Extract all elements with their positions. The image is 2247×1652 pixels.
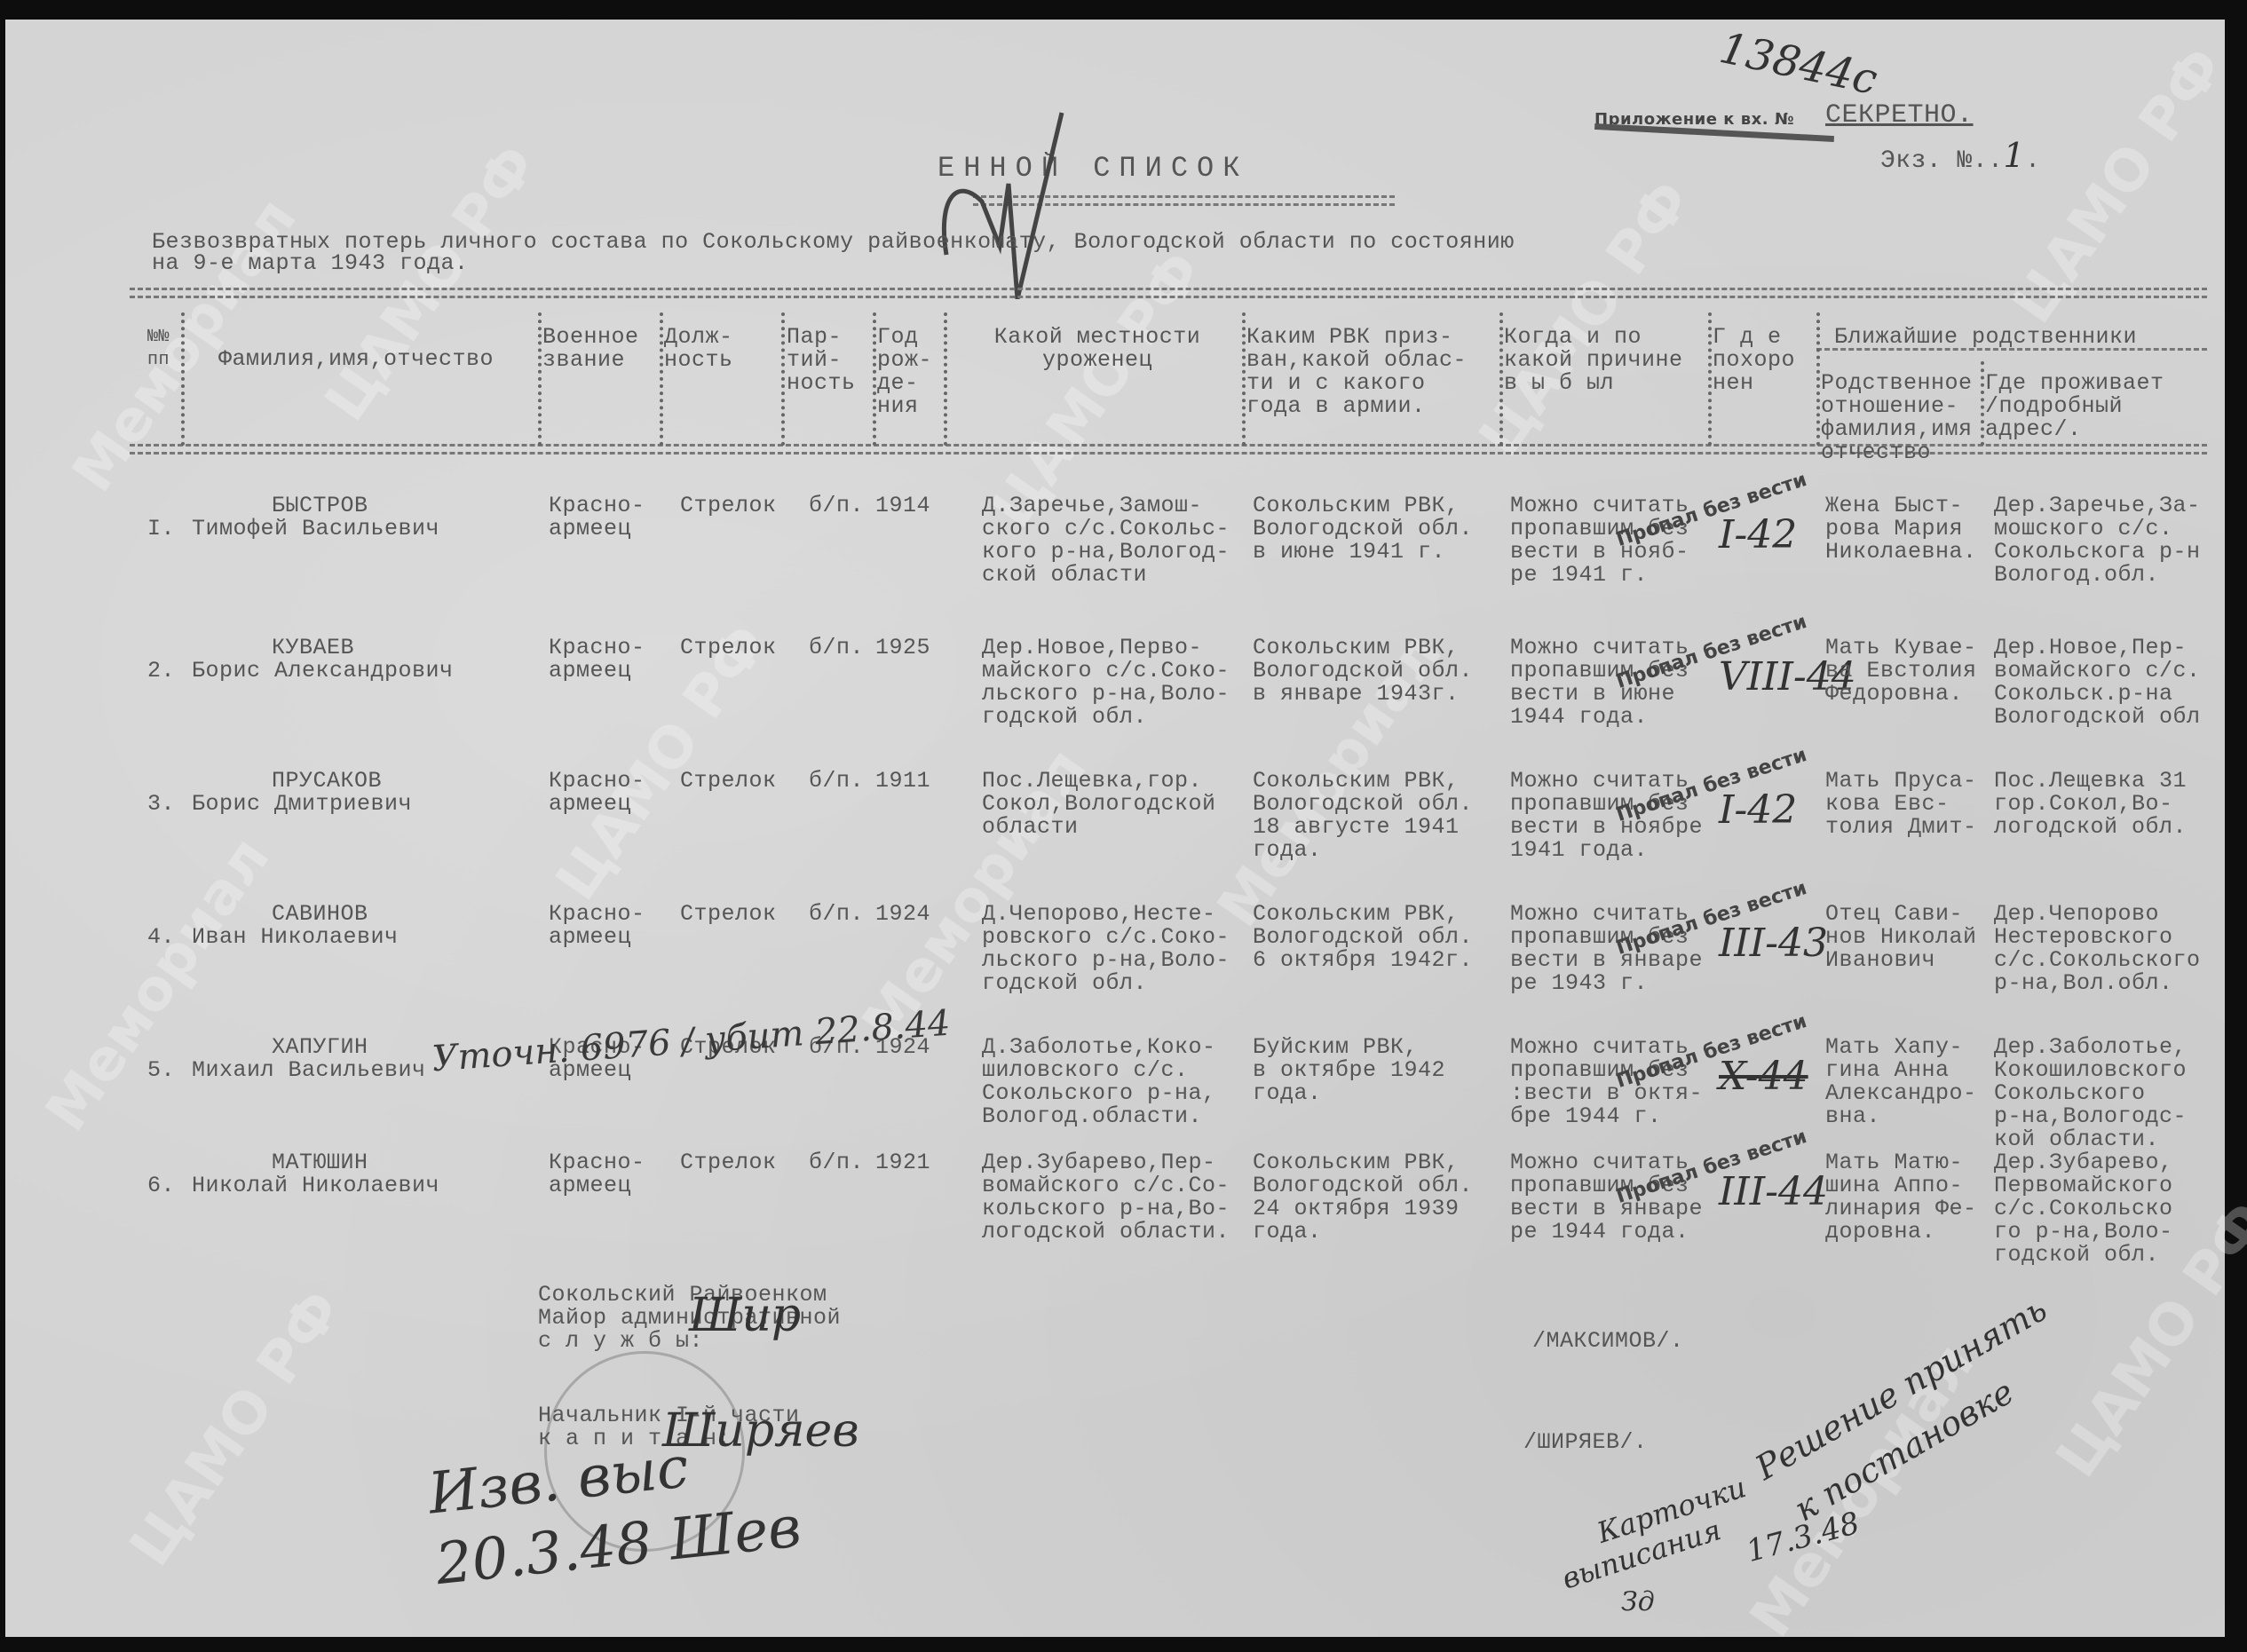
- surname: ХАПУГИН: [272, 1036, 368, 1059]
- reason-line: вести в январе: [1510, 949, 1703, 972]
- rank: Красно-армеец: [549, 903, 645, 949]
- relative-line: вна.: [1825, 1105, 1977, 1128]
- rank-line: армеец: [549, 518, 645, 541]
- header-birth-year: Годрож-де-ния: [877, 326, 932, 418]
- rank: Красно-армеец: [549, 1151, 645, 1198]
- address-line: Сокольского: [1994, 1082, 2187, 1105]
- header-line: де-: [877, 372, 932, 395]
- given-names: Борис Александрович: [192, 660, 454, 683]
- relative-line: доровна.: [1825, 1221, 1977, 1244]
- handwritten-cross-mark-icon: [929, 95, 1097, 299]
- address: Дер.Заболотье,КокошиловскогоСокольскогор…: [1994, 1036, 2187, 1151]
- address-line: Первомайского: [1994, 1174, 2173, 1198]
- header-address: Где проживает/подробныйадрес/.: [1985, 372, 2164, 441]
- birthplace-line: шиловского с/с.: [982, 1059, 1216, 1082]
- relative-line: ва Евстолия: [1825, 660, 1977, 683]
- header-line: фамилия,имя: [1821, 418, 1973, 441]
- given-names: Николай Николаевич: [192, 1174, 439, 1198]
- header-relation: Родственноеотношение-фамилия,имяотчество: [1821, 372, 1973, 464]
- header-line: Когда и по: [1504, 326, 1683, 349]
- header-line: адрес/.: [1985, 418, 2164, 441]
- relative: Мать Пруса-кова Евс-толия Дмит-: [1825, 770, 1977, 839]
- relative-line: линария Фе-: [1825, 1198, 1977, 1221]
- copy-number-label: Экз. №..1.: [1880, 144, 2040, 173]
- birth-year: 1911: [875, 770, 930, 793]
- header-line: отношение-: [1821, 395, 1973, 418]
- address-line: Сокольскога р-н: [1994, 541, 2201, 564]
- party: б/п.: [809, 636, 864, 660]
- reason: Можно считатьпропавшим безвести в ноябре…: [1510, 770, 1703, 862]
- birth-year: 1921: [875, 1151, 930, 1174]
- document-page: Мемориал ЦАМО РФ ЦАМО РФ Мемориал ЦАМО Р…: [5, 20, 2225, 1637]
- watermark-tsamo: ЦАМО РФ: [117, 1278, 354, 1577]
- drafted-line: Буйским РВК,: [1253, 1036, 1445, 1059]
- birthplace: Дер.Новое,Перво-майского с/с.Соко-льског…: [982, 636, 1230, 729]
- column-separator: [1499, 312, 1503, 446]
- header-line: Военное: [542, 326, 639, 349]
- surname: КУВАЕВ: [272, 636, 354, 660]
- relative-line: кова Евс-: [1825, 793, 1977, 816]
- header-line: ван,какой облас-: [1246, 349, 1467, 372]
- column-separator: [1708, 312, 1712, 446]
- rank-line: армеец: [549, 926, 645, 949]
- copy-label: Экз. №: [1880, 147, 1973, 175]
- drafted: Сокольским РВК,Вологодской обл.24 октябр…: [1253, 1151, 1473, 1244]
- commissar-signature: Шир: [689, 1289, 801, 1342]
- address-line: Дер.Чепорово: [1994, 903, 2201, 926]
- drafted-line: Сокольским РВК,: [1253, 1151, 1473, 1174]
- column-separator: [181, 312, 185, 446]
- party: б/п.: [809, 494, 864, 518]
- header-party: Пар-тий-ность: [787, 326, 856, 395]
- position: Стрелок: [680, 494, 777, 518]
- column-separator: [873, 312, 876, 446]
- drafted-line: года.: [1253, 1221, 1473, 1244]
- position: Стрелок: [680, 770, 777, 793]
- drafted: Сокольским РВК,Вологодской обл.18 август…: [1253, 770, 1473, 862]
- position: Стрелок: [680, 636, 777, 660]
- handwritten-correction-note: Уточн. 6976 / убит 22.8.44: [431, 1003, 952, 1080]
- reason-line: вести в ноябре: [1510, 816, 1703, 839]
- address-line: Дер.Заболотье,: [1994, 1036, 2187, 1059]
- header-when-why: Когда и покакой причинев ы б ыл: [1504, 326, 1683, 395]
- header-relatives: Ближайшие родственники: [1834, 326, 2137, 349]
- relative-line: Жена Быст-: [1825, 494, 1977, 518]
- party: б/п.: [809, 1151, 864, 1174]
- row-number: 2.: [147, 660, 175, 683]
- given-names: Борис Дмитриевич: [192, 793, 412, 816]
- header-line: Родственное: [1821, 372, 1973, 395]
- drafted: Сокольским РВК,Вологодской обл.6 октября…: [1253, 903, 1473, 972]
- birth-year: 1914: [875, 494, 930, 518]
- handwritten-notification-note: Изв. выс20.3.48 Шев: [425, 1421, 804, 1601]
- birthplace-line: Вологод.области.: [982, 1105, 1216, 1128]
- address: Дер.Заречье,За-мошского с/с.Сокольскога …: [1994, 494, 2201, 587]
- address-line: р-на,Вол.обл.: [1994, 972, 2201, 995]
- rank-line: армеец: [549, 1174, 645, 1198]
- given-names: Иван Николаевич: [192, 926, 399, 949]
- header-line: года в армии.: [1246, 395, 1467, 418]
- relative-line: шина Аппо-: [1825, 1174, 1977, 1198]
- birthplace-line: майского с/с.Соко-: [982, 660, 1230, 683]
- drafted-line: Вологодской обл.: [1253, 926, 1473, 949]
- relative-line: нов Николай: [1825, 926, 1977, 949]
- header-line: ность: [787, 372, 856, 395]
- address-line: логодской обл.: [1994, 816, 2187, 839]
- drafted-line: в январе 1943г.: [1253, 683, 1473, 706]
- handwritten-date: III-43: [1719, 921, 1828, 966]
- header-line: нен: [1713, 372, 1795, 395]
- row-number: 5.: [147, 1059, 175, 1082]
- header-line: Каким РВК приз-: [1246, 326, 1467, 349]
- archive-number-handwritten: 13844с: [1715, 23, 1881, 105]
- header-line: отчество: [1821, 441, 1973, 464]
- given-names: Михаил Васильевич: [192, 1059, 426, 1082]
- drafted-line: Сокольским РВК,: [1253, 636, 1473, 660]
- rank-line: армеец: [549, 793, 645, 816]
- address-line: р-на,Вологодс-: [1994, 1105, 2187, 1128]
- birthplace-line: Д.Заболотье,Коко-: [982, 1036, 1216, 1059]
- birthplace-line: ровского с/с.Соко-: [982, 926, 1230, 949]
- chief-name: /ШИРЯЕВ/.: [1523, 1431, 1648, 1454]
- row-number: I.: [147, 518, 175, 541]
- address-line: Кокошиловского: [1994, 1059, 2187, 1082]
- reason-line: вести в нояб-: [1510, 541, 1689, 564]
- birthplace-line: Сокольского р-на,: [982, 1082, 1216, 1105]
- drafted-line: 6 октября 1942г.: [1253, 949, 1473, 972]
- header-rank: Военноезвание: [542, 326, 639, 372]
- relative: Мать Кувае-ва ЕвстолияФедоровна.: [1825, 636, 1977, 706]
- header-line: ти и с какого: [1246, 372, 1467, 395]
- handwritten-date: I-42: [1719, 787, 1797, 833]
- birth-year: 1924: [875, 903, 930, 926]
- relative-line: толия Дмит-: [1825, 816, 1977, 839]
- reason: Можно считатьпропавшим безвести в нояб-р…: [1510, 494, 1689, 587]
- relative-line: Мать Матю-: [1825, 1151, 1977, 1174]
- surname: ПРУСАКОВ: [272, 770, 382, 793]
- reason-line: 1941 года.: [1510, 839, 1703, 862]
- birthplace: Д.Заречье,Замош-ского с/с.Сокольс-кого р…: [982, 494, 1230, 587]
- reason-line: вести в январе: [1510, 1198, 1703, 1221]
- relative: Отец Сави-нов НиколайИванович: [1825, 903, 1977, 972]
- birthplace-line: Дер.Новое,Перво-: [982, 636, 1230, 660]
- drafted-line: в октябре 1942: [1253, 1059, 1445, 1082]
- drafted-line: Вологодской обл.: [1253, 660, 1473, 683]
- party: б/п.: [809, 770, 864, 793]
- address: Дер.Зубарево,Первомайскогос/с.Сокольског…: [1994, 1151, 2173, 1267]
- row-number: 4.: [147, 926, 175, 949]
- reason-line: вести в июне: [1510, 683, 1689, 706]
- rank-line: Красно-: [549, 636, 645, 660]
- reason-line: ре 1944 года.: [1510, 1221, 1703, 1244]
- relative-line: гина Анна: [1825, 1059, 1977, 1082]
- address-line: с/с.Сокольского: [1994, 949, 2201, 972]
- drafted-line: Сокольским РВК,: [1253, 494, 1473, 518]
- birthplace-line: годской обл.: [982, 972, 1230, 995]
- header-line: какой причине: [1504, 349, 1683, 372]
- birthplace-line: Пос.Лещевка,гор.: [982, 770, 1216, 793]
- birthplace-line: ской области: [982, 564, 1230, 587]
- reason-line: :вести в октя-: [1510, 1082, 1703, 1105]
- relative-line: рова Мария: [1825, 518, 1977, 541]
- position: Стрелок: [680, 1151, 777, 1174]
- birthplace-line: льского р-на,Воло-: [982, 683, 1230, 706]
- rank-line: армеец: [549, 660, 645, 683]
- surname: САВИНОВ: [272, 903, 368, 926]
- table-top-rule: [130, 288, 2207, 298]
- reason: Можно считатьпропавшим безвести в январе…: [1510, 903, 1703, 995]
- address-line: Дер.Заречье,За-: [1994, 494, 2201, 518]
- birth-year: 1925: [875, 636, 930, 660]
- birthplace-line: Сокол,Вологодской: [982, 793, 1216, 816]
- birthplace-line: области: [982, 816, 1216, 839]
- surname: БЫСТРОВ: [272, 494, 368, 518]
- birthplace: Д.Чепорово,Несте-ровского с/с.Соко-льско…: [982, 903, 1230, 995]
- header-buried: Г д епохоронен: [1713, 326, 1795, 395]
- drafted-line: в июне 1941 г.: [1253, 541, 1473, 564]
- address-line: Пос.Лещевка 31: [1994, 770, 2187, 793]
- reason-line: 1944 года.: [1510, 706, 1689, 729]
- drafted-line: 18 августе 1941: [1253, 816, 1473, 839]
- birthplace-line: годской обл.: [982, 706, 1230, 729]
- relative-line: Мать Пруса-: [1825, 770, 1977, 793]
- birthplace-line: логодской области.: [982, 1221, 1230, 1244]
- birthplace-line: льского р-на,Воло-: [982, 949, 1230, 972]
- drafted: Сокольским РВК,Вологодской обл.в июне 19…: [1253, 494, 1473, 564]
- header-line: похоро: [1713, 349, 1795, 372]
- reason-line: бре 1944 г.: [1510, 1105, 1703, 1128]
- address-line: мошского с/с.: [1994, 518, 2201, 541]
- header-line: Долж-: [664, 326, 733, 349]
- rank: Красно-армеец: [549, 636, 645, 683]
- watermark-tsamo: ЦАМО РФ: [313, 133, 550, 432]
- reason: Можно считатьпропавшим безвести в январе…: [1510, 1151, 1703, 1244]
- birthplace-line: кольского р-на,Во-: [982, 1198, 1230, 1221]
- address-line: Нестеровского: [1994, 926, 2201, 949]
- address-line: гор.Сокол,Во-: [1994, 793, 2187, 816]
- reason: Можно считатьпропавшим безвести в июне19…: [1510, 636, 1689, 729]
- header-position: Долж-ность: [664, 326, 733, 372]
- address-line: Вологодской обл: [1994, 706, 2201, 729]
- birthplace-line: кого р-на,Вологод-: [982, 541, 1230, 564]
- header-line: Г д е: [1713, 326, 1795, 349]
- header-line: в ы б ыл: [1504, 372, 1683, 395]
- rank-line: Красно-: [549, 1151, 645, 1174]
- drafted-line: года.: [1253, 1082, 1445, 1105]
- birthplace: Пос.Лещевка,гор.Сокол,Вологодскойобласти: [982, 770, 1216, 839]
- address-line: Дер.Зубарево,: [1994, 1151, 2173, 1174]
- header-line: тий-: [787, 349, 856, 372]
- party: б/п.: [809, 903, 864, 926]
- header-drafted: Каким РВК приз-ван,какой облас-ти и с ка…: [1246, 326, 1467, 418]
- header-line: /подробный: [1985, 395, 2164, 418]
- birthplace-line: Д.Чепорово,Несте-: [982, 903, 1230, 926]
- rank-line: Красно-: [549, 770, 645, 793]
- header-line: Год: [877, 326, 932, 349]
- header-line: Пар-: [787, 326, 856, 349]
- rank: Красно-армеец: [549, 494, 645, 541]
- address-line: кой области.: [1994, 1128, 2187, 1151]
- relative-line: Мать Кувае-: [1825, 636, 1977, 660]
- drafted: Буйским РВК,в октябре 1942года.: [1253, 1036, 1445, 1105]
- relative-line: Николаевна.: [1825, 541, 1977, 564]
- header-line: ния: [877, 395, 932, 418]
- birthplace-line: ского с/с.Сокольс-: [982, 518, 1230, 541]
- column-separator: [781, 312, 785, 446]
- drafted-line: 24 октября 1939: [1253, 1198, 1473, 1221]
- header-num-line: №№: [147, 326, 170, 349]
- handwritten-date: III-44: [1719, 1169, 1828, 1214]
- subtitle-line-2: на 9-е марта 1943 года.: [152, 252, 469, 275]
- copy-number-handwritten: 1: [2003, 136, 2025, 175]
- watermark-memorial: Мемориал: [34, 826, 283, 1142]
- drafted-line: Вологодской обл.: [1253, 793, 1473, 816]
- column-separator: [944, 312, 947, 446]
- header-line: Какой местности: [982, 326, 1213, 349]
- reason: Можно считатьпропавшим без:вести в октя-…: [1510, 1036, 1703, 1128]
- relative-line: Федоровна.: [1825, 683, 1977, 706]
- birthplace-line: Дер.Зубарево,Пер-: [982, 1151, 1230, 1174]
- drafted-line: Вологодской обл.: [1253, 518, 1473, 541]
- drafted-line: Сокольским РВК,: [1253, 903, 1473, 926]
- address: Дер.ЧепоровоНестеровскогос/с.Сокольского…: [1994, 903, 2201, 995]
- address-line: с/с.Сокольско: [1994, 1198, 2173, 1221]
- drafted-line: года.: [1253, 839, 1473, 862]
- drafted: Сокольским РВК,Вологодской обл.в январе …: [1253, 636, 1473, 706]
- address: Пос.Лещевка 31гор.Сокол,Во-логодской обл…: [1994, 770, 2187, 839]
- address-line: Дер.Новое,Пер-: [1994, 636, 2201, 660]
- header-line: уроженец: [982, 349, 1213, 372]
- drafted-line: Вологодской обл.: [1253, 1174, 1473, 1198]
- header-num: №№пп: [147, 326, 170, 372]
- drafted-line: Сокольским РВК,: [1253, 770, 1473, 793]
- handwritten-initials: Зд: [1621, 1586, 1655, 1617]
- header-line: ность: [664, 349, 733, 372]
- rank-line: Красно-: [549, 494, 645, 518]
- address-line: го р-на,Воло-: [1994, 1221, 2173, 1244]
- header-line: рож-: [877, 349, 932, 372]
- address-line: вомайского с/с.: [1994, 660, 2201, 683]
- handwritten-date: I-42: [1719, 512, 1797, 557]
- rank-line: Красно-: [549, 903, 645, 926]
- relative: Мать Матю-шина Аппо-линария Фе-доровна.: [1825, 1151, 1977, 1244]
- position: Стрелок: [680, 903, 777, 926]
- column-separator: [538, 312, 542, 446]
- row-number: 6.: [147, 1174, 175, 1198]
- birthplace: Д.Заболотье,Коко-шиловского с/с.Сокольск…: [982, 1036, 1216, 1128]
- address-line: Сокольск.р-на: [1994, 683, 2201, 706]
- given-names: Тимофей Васильевич: [192, 518, 439, 541]
- header-line: звание: [542, 349, 639, 372]
- reason-line: ре 1943 г.: [1510, 972, 1703, 995]
- relative-line: Александро-: [1825, 1082, 1977, 1105]
- relative: Мать Хапу-гина АннаАлександро-вна.: [1825, 1036, 1977, 1128]
- commissar-name: /МАКСИМОВ/.: [1532, 1330, 1684, 1353]
- surname: МАТЮШИН: [272, 1151, 368, 1174]
- rank: Красно-армеец: [549, 770, 645, 816]
- header-birthplace: Какой местностиуроженец: [982, 326, 1213, 372]
- address-line: годской обл.: [1994, 1244, 2173, 1267]
- address-line: Вологод.обл.: [1994, 564, 2201, 587]
- column-separator: [1242, 312, 1246, 446]
- column-separator: [1981, 361, 1984, 446]
- relative-line: Отец Сави-: [1825, 903, 1977, 926]
- row-number: 3.: [147, 793, 175, 816]
- handwritten-date: X-44: [1719, 1054, 1808, 1099]
- address: Дер.Новое,Пер-вомайского с/с.Сокольск.р-…: [1994, 636, 2201, 729]
- header-num-line: пп: [147, 349, 170, 372]
- reason-line: ре 1941 г.: [1510, 564, 1689, 587]
- birthplace-line: Д.Заречье,Замош-: [982, 494, 1230, 518]
- classification-label: СЕКРЕТНО.: [1825, 104, 1974, 127]
- header-name: Фамилия,имя,отчество: [218, 348, 494, 371]
- birthplace-line: вомайского с/с.Со-: [982, 1174, 1230, 1198]
- column-separator: [1816, 312, 1820, 446]
- relative-line: Мать Хапу-: [1825, 1036, 1977, 1059]
- relative: Жена Быст-рова МарияНиколаевна.: [1825, 494, 1977, 564]
- relative-line: Иванович: [1825, 949, 1977, 972]
- header-line: Где проживает: [1985, 372, 2164, 395]
- birthplace: Дер.Зубарево,Пер-вомайского с/с.Со-кольс…: [982, 1151, 1230, 1244]
- column-separator: [660, 312, 663, 446]
